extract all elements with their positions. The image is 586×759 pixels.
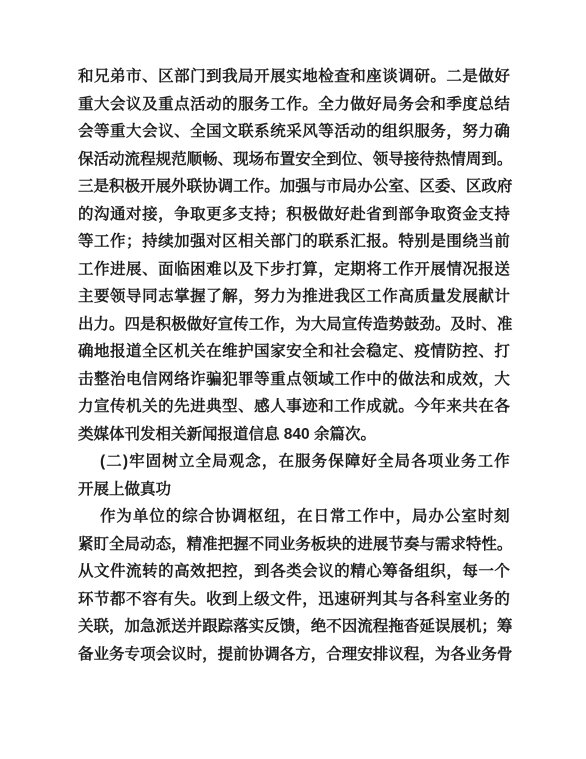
body-text-line: 的沟通对接，争取更多支持；积极做好赴省到部争取资金支持 <box>78 201 510 229</box>
body-text-line: 和兄弟市、区部门到我局开展实地检查和座谈调研。二是做好 <box>78 63 510 91</box>
body-text-line: 出力。四是积极做好宣传工作，为大局宣传造势鼓劲。及时、准 <box>78 311 510 339</box>
body-text-line: 等工作；持续加强对区相关部门的联系汇报。特别是围绕当前 <box>78 228 510 256</box>
body-text-line: 环节都不容有失。收到上级文件，迅速研判其与各科室业务的 <box>78 586 510 614</box>
body-text-line: 主要领导同志掌握了解，努力为推进我区工作高质量发展献计 <box>78 283 510 311</box>
body-text-line: 重大会议及重点活动的服务工作。全力做好局务会和季度总结 <box>78 91 510 119</box>
body-text-line: 击整治电信网络诈骗犯罪等重点领域工作中的做法和成效，大 <box>78 366 510 394</box>
body-text-line: 类媒体刊发相关新闻报道信息 840 余篇次。 <box>78 421 510 449</box>
body-text-line: 关联，加急派送并跟踪落实反馈，绝不因流程拖沓延误展机；筹 <box>78 613 510 641</box>
body-text-line: 会等重大会议、全国文联系统采风等活动的组织服务，努力确 <box>78 118 510 146</box>
document-body: 和兄弟市、区部门到我局开展实地检查和座谈调研。二是做好重大会议及重点活动的服务工… <box>78 63 510 668</box>
body-text-line: 确地报道全区机关在维护国家安全和社会稳定、疫情防控、打 <box>78 338 510 366</box>
body-text-line: 保活动流程规范顺畅、现场布置安全到位、领导接待热情周到。 <box>78 146 510 174</box>
body-text-line: 作为单位的综合协调枢纽，在日常工作中，局办公室时刻 <box>78 503 510 531</box>
body-text-line: 备业务专项会议时，提前协调各方，合理安排议程，为各业务骨 <box>78 641 510 669</box>
body-text-line: 力宣传机关的先进典型、感人事迹和工作成就。今年来共在各 <box>78 393 510 421</box>
body-text-line: 从文件流转的高效把控，到各类会议的精心筹备组织，每一个 <box>78 558 510 586</box>
section-heading-line: (二)牢固树立全局观念，在服务保障好全局各项业务工作 <box>78 448 510 476</box>
body-text-line: 三是积极开展外联协调工作。加强与市局办公室、区委、区政府 <box>78 173 510 201</box>
section-heading-line: 开展上做真功 <box>78 476 510 504</box>
document-page: 和兄弟市、区部门到我局开展实地检查和座谈调研。二是做好重大会议及重点活动的服务工… <box>0 0 586 759</box>
body-text-line: 紧盯全局动态，精准把握不同业务板块的进展节奏与需求特性。 <box>78 531 510 559</box>
body-text-line: 工作进展、面临困难以及下步打算，定期将工作开展情况报送 <box>78 256 510 284</box>
